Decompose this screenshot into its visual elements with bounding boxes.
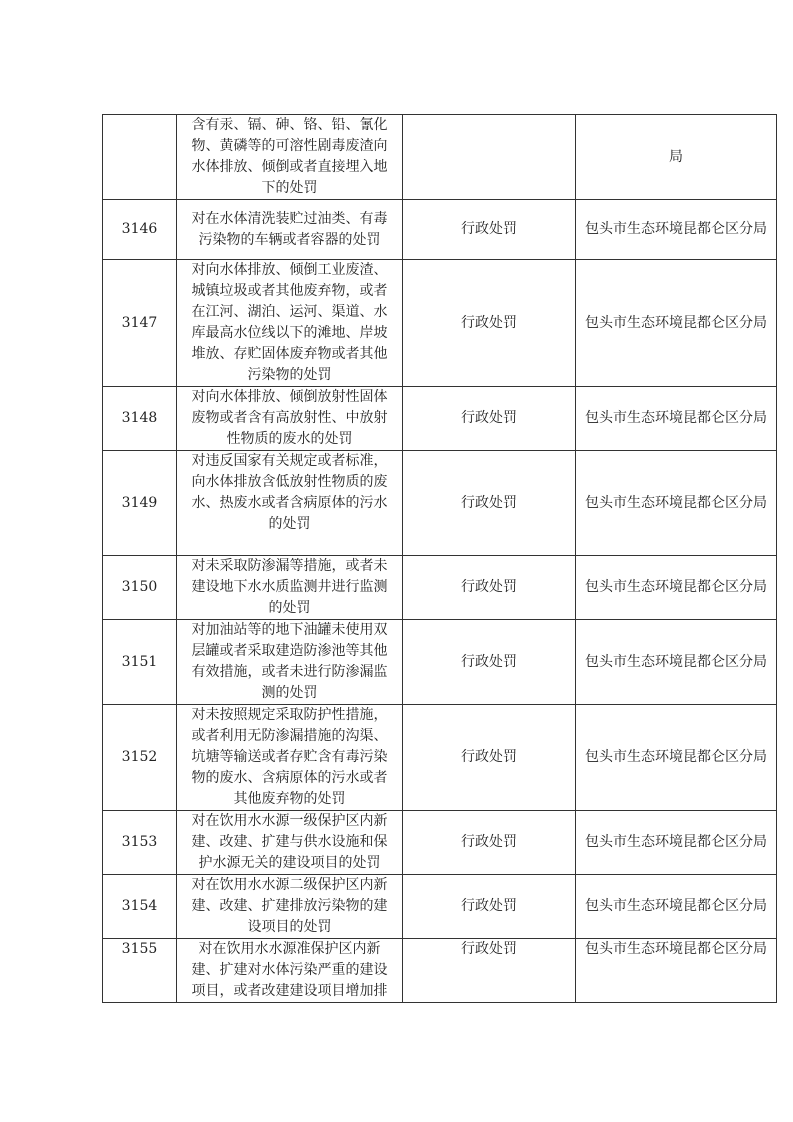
item-name: 对加油站等的地下油罐未使用双层罐或者采取建造防渗池等其他有效措施，或者未进行防渗… bbox=[177, 620, 403, 705]
item-department: 包头市生态环境昆都仑区分局 bbox=[576, 811, 777, 875]
item-department: 包头市生态环境昆都仑区分局 bbox=[576, 556, 777, 620]
item-type: 行政处罚 bbox=[403, 620, 576, 705]
item-name: 对未采取防渗漏等措施，或者未建设地下水水质监测井进行监测的处罚 bbox=[177, 556, 403, 620]
table-row: 3149 对违反国家有关规定或者标准，向水体排放含低放射性物质的废水、热废水或者… bbox=[103, 451, 777, 556]
item-type: 行政处罚 bbox=[403, 939, 576, 1003]
item-department: 包头市生态环境昆都仑区分局 bbox=[576, 451, 777, 556]
item-number: 3150 bbox=[103, 556, 177, 620]
item-department: 包头市生态环境昆都仑区分局 bbox=[576, 200, 777, 260]
item-name: 对在饮用水水源一级保护区内新建、改建、扩建与供水设施和保护水源无关的建设项目的处… bbox=[177, 811, 403, 875]
item-type: 行政处罚 bbox=[403, 451, 576, 556]
item-number: 3149 bbox=[103, 451, 177, 556]
item-type: 行政处罚 bbox=[403, 556, 576, 620]
table-row: 3155 对在饮用水水源准保护区内新建、扩建对水体污染严重的建设项目，或者改建建… bbox=[103, 939, 777, 1003]
item-type: 行政处罚 bbox=[403, 811, 576, 875]
table-row: 3147 对向水体排放、倾倒工业废渣、城镇垃圾或者其他废弃物，或者在江河、湖泊、… bbox=[103, 260, 777, 387]
table-row: 3154 对在饮用水水源二级保护区内新建、改建、扩建排放污染物的建设项目的处罚 … bbox=[103, 875, 777, 939]
item-number: 3148 bbox=[103, 387, 177, 451]
item-name: 含有汞、镉、砷、铬、铅、氰化物、黄磷等的可溶性剧毒废渣向水体排放、倾倒或者直接埋… bbox=[177, 115, 403, 200]
item-number: 3154 bbox=[103, 875, 177, 939]
table-row: 3150 对未采取防渗漏等措施，或者未建设地下水水质监测井进行监测的处罚 行政处… bbox=[103, 556, 777, 620]
item-department: 包头市生态环境昆都仑区分局 bbox=[576, 939, 777, 1003]
item-name: 对未按照规定采取防护性措施，或者利用无防渗漏措施的沟渠、坑塘等输送或者存贮含有毒… bbox=[177, 705, 403, 811]
item-number: 3153 bbox=[103, 811, 177, 875]
item-department: 包头市生态环境昆都仑区分局 bbox=[576, 387, 777, 451]
item-type: 行政处罚 bbox=[403, 875, 576, 939]
item-number: 3155 bbox=[103, 939, 177, 1003]
item-number: 3152 bbox=[103, 705, 177, 811]
item-type: 行政处罚 bbox=[403, 260, 576, 387]
table-row: 3151 对加油站等的地下油罐未使用双层罐或者采取建造防渗池等其他有效措施，或者… bbox=[103, 620, 777, 705]
item-name: 对向水体排放、倾倒放射性固体废物或者含有高放射性、中放射性物质的废水的处罚 bbox=[177, 387, 403, 451]
item-department: 包头市生态环境昆都仑区分局 bbox=[576, 705, 777, 811]
item-type: 行政处罚 bbox=[403, 705, 576, 811]
item-number: 3151 bbox=[103, 620, 177, 705]
item-name: 对在饮用水水源准保护区内新建、扩建对水体污染严重的建设项目，或者改建建设项目增加… bbox=[177, 939, 403, 1003]
table-row: 含有汞、镉、砷、铬、铅、氰化物、黄磷等的可溶性剧毒废渣向水体排放、倾倒或者直接埋… bbox=[103, 115, 777, 200]
item-type bbox=[403, 115, 576, 200]
penalty-items-table: 含有汞、镉、砷、铬、铅、氰化物、黄磷等的可溶性剧毒废渣向水体排放、倾倒或者直接埋… bbox=[102, 114, 777, 1003]
item-type: 行政处罚 bbox=[403, 200, 576, 260]
item-department: 包头市生态环境昆都仑区分局 bbox=[576, 875, 777, 939]
table-row: 3148 对向水体排放、倾倒放射性固体废物或者含有高放射性、中放射性物质的废水的… bbox=[103, 387, 777, 451]
item-number: 3147 bbox=[103, 260, 177, 387]
item-name: 对在饮用水水源二级保护区内新建、改建、扩建排放污染物的建设项目的处罚 bbox=[177, 875, 403, 939]
item-type: 行政处罚 bbox=[403, 387, 576, 451]
table-row: 3152 对未按照规定采取防护性措施，或者利用无防渗漏措施的沟渠、坑塘等输送或者… bbox=[103, 705, 777, 811]
item-name: 对违反国家有关规定或者标准，向水体排放含低放射性物质的废水、热废水或者含病原体的… bbox=[177, 451, 403, 556]
item-number bbox=[103, 115, 177, 200]
table-row: 3153 对在饮用水水源一级保护区内新建、改建、扩建与供水设施和保护水源无关的建… bbox=[103, 811, 777, 875]
item-name: 对在水体清洗装贮过油类、有毒污染物的车辆或者容器的处罚 bbox=[177, 200, 403, 260]
item-department: 包头市生态环境昆都仑区分局 bbox=[576, 620, 777, 705]
item-name: 对向水体排放、倾倒工业废渣、城镇垃圾或者其他废弃物，或者在江河、湖泊、运河、渠道… bbox=[177, 260, 403, 387]
item-number: 3146 bbox=[103, 200, 177, 260]
item-department: 局 bbox=[576, 115, 777, 200]
item-department: 包头市生态环境昆都仑区分局 bbox=[576, 260, 777, 387]
table-row: 3146 对在水体清洗装贮过油类、有毒污染物的车辆或者容器的处罚 行政处罚 包头… bbox=[103, 200, 777, 260]
